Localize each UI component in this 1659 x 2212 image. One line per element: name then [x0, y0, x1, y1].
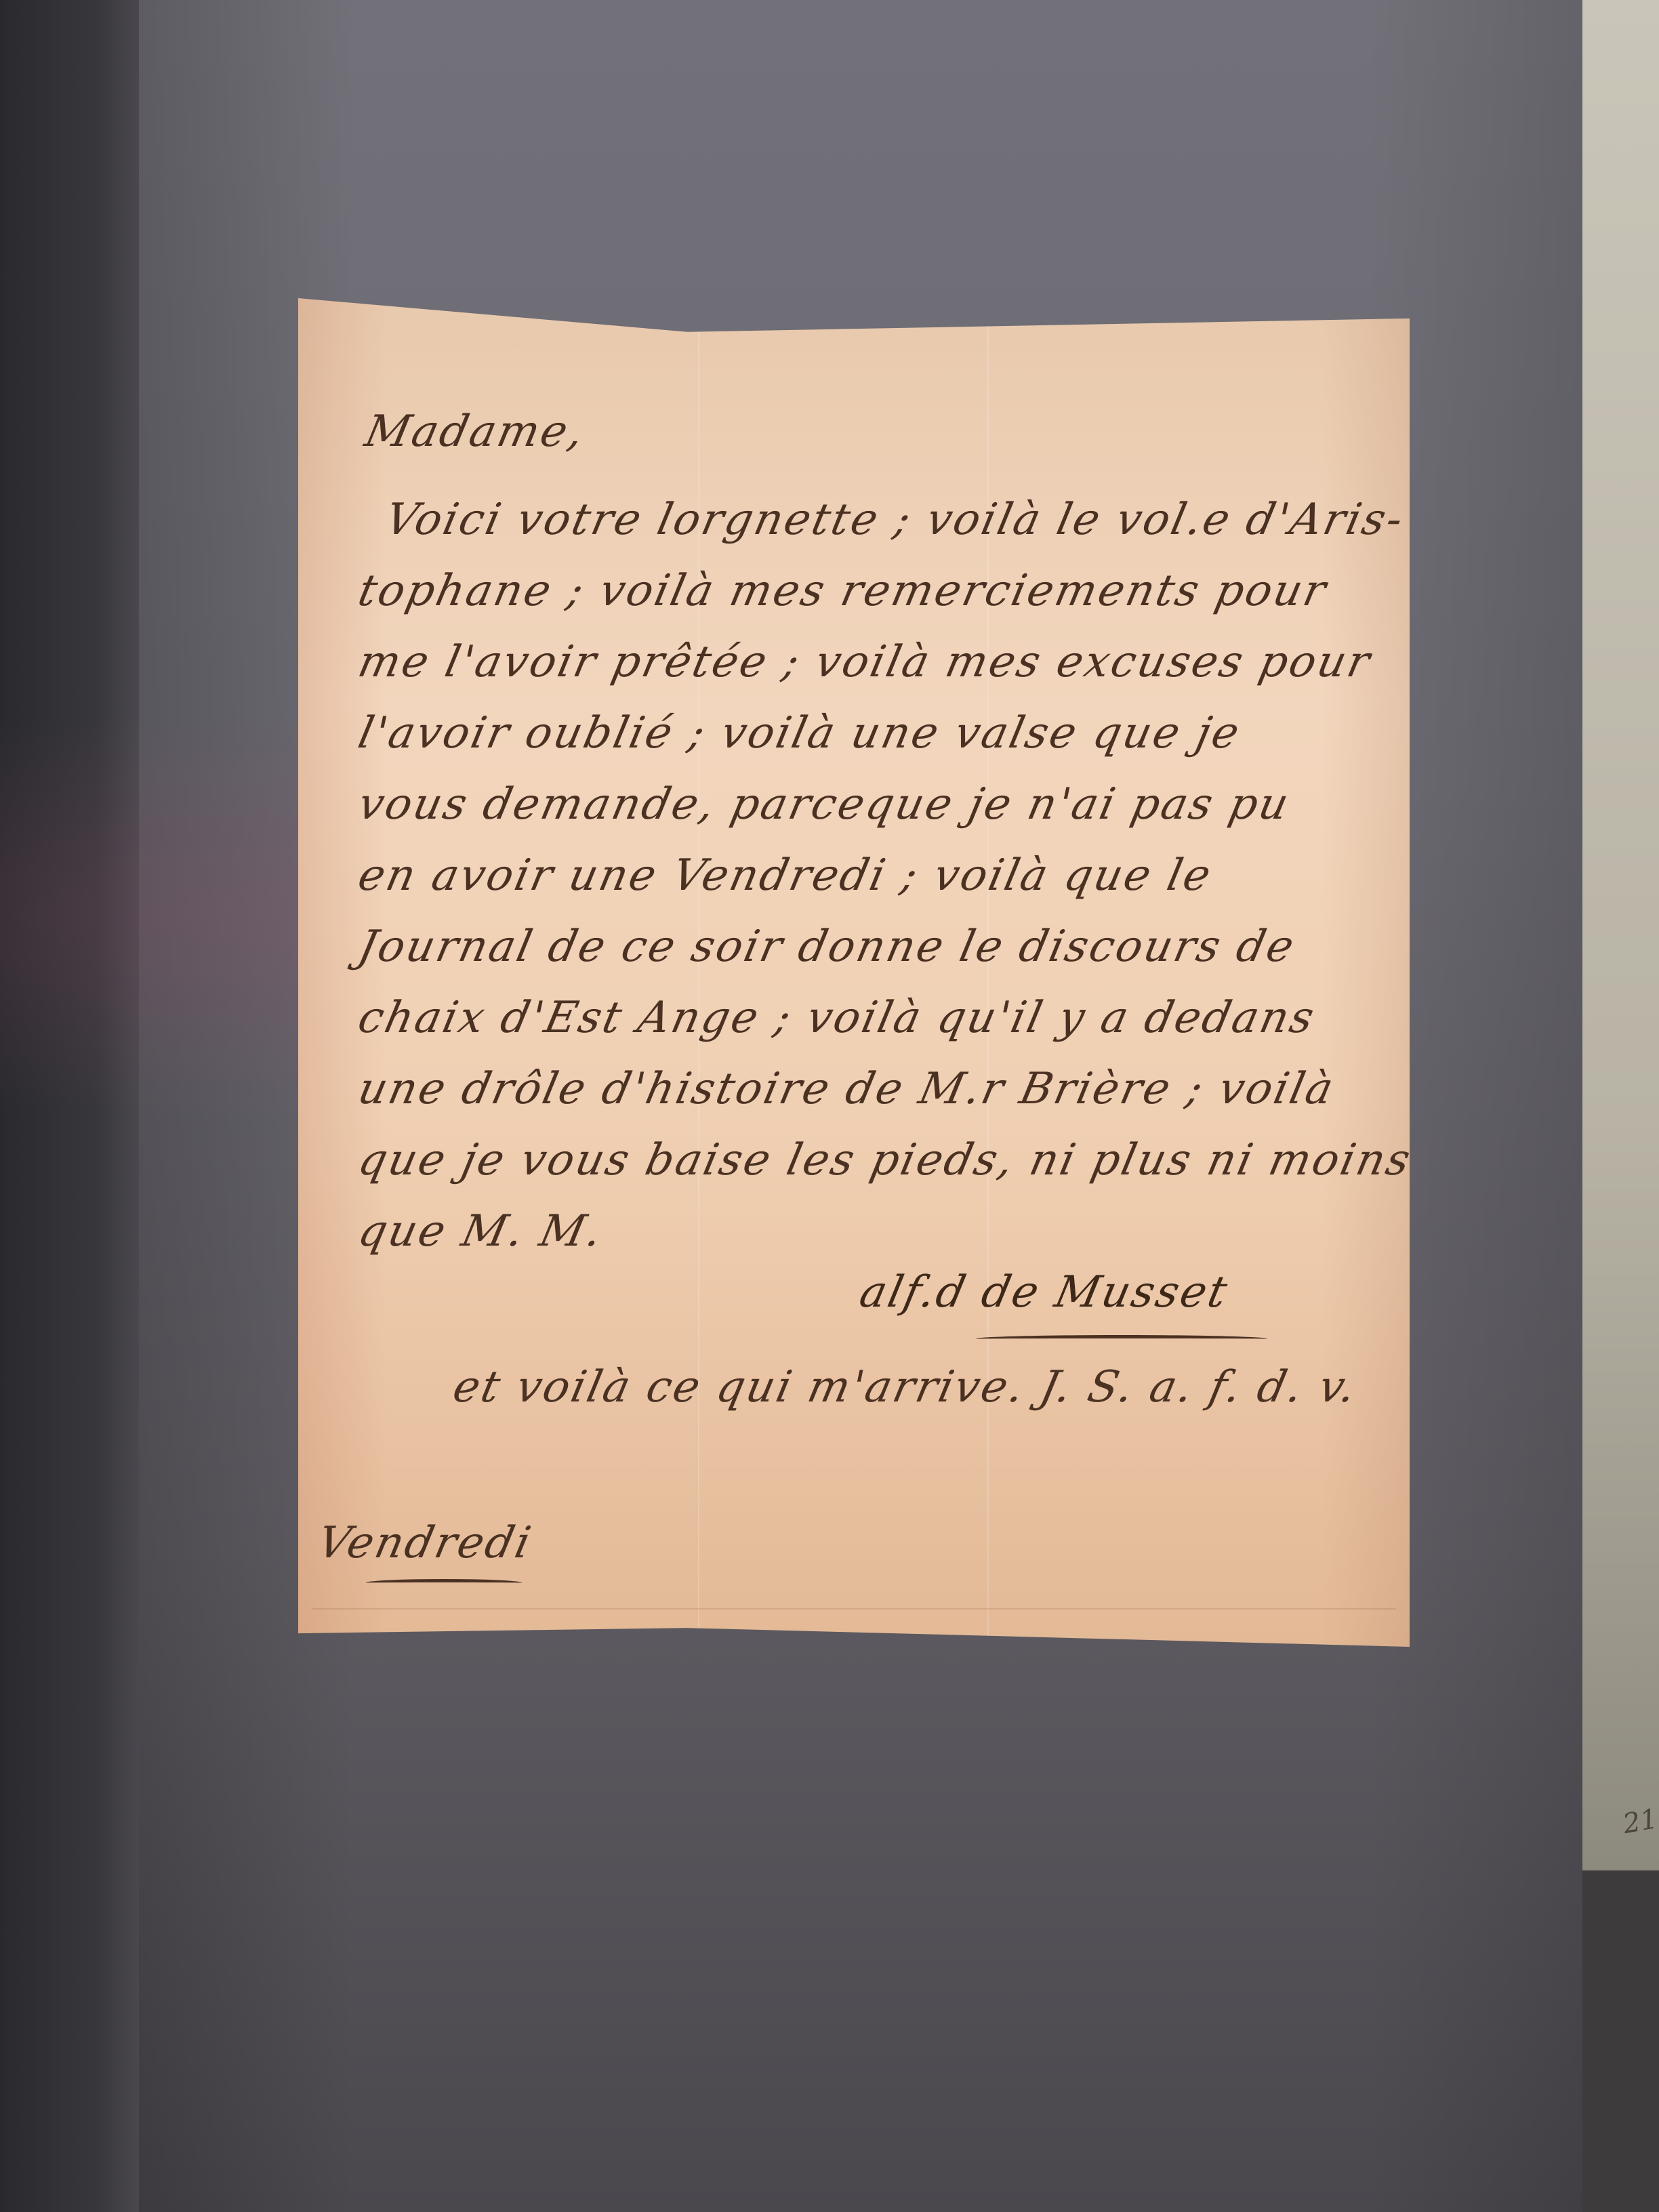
letter-salutation: Madame, [361, 407, 590, 457]
signature-flourish [976, 1335, 1267, 1343]
letter-line: que je vous baise les pieds, ni plus ni … [354, 1135, 1416, 1185]
letter-line: Journal de ce soir donne le discours de [354, 922, 1300, 972]
adjacent-sheet-number: 21 [1620, 1803, 1659, 1840]
letter-postscript: et voilà ce qui m'arrive. J. S. a. f. d.… [449, 1362, 1362, 1412]
letter-sheet: Madame, Voici votre lorgnette ; voilà le… [298, 298, 1410, 1647]
dateline-underline [366, 1579, 522, 1586]
letter-line: tophane ; voilà mes remerciements pour [354, 566, 1332, 616]
letter-line: l'avoir oublié ; voilà une valse que je [354, 708, 1246, 758]
letter-line: chaix d'Est Ange ; voilà qu'il y a dedan… [354, 993, 1320, 1043]
letter-signature: alf.d de Musset [855, 1267, 1233, 1317]
letter-dateline: Vendredi [313, 1518, 537, 1568]
display-frame-left [0, 0, 139, 2212]
paper-edge-line [312, 1608, 1396, 1610]
letter-line: vous demande, parceque je n'ai pas pu [354, 779, 1294, 829]
letter-line: me l'avoir prêtée ; voilà mes excuses po… [354, 637, 1376, 687]
letter-line: Voici votre lorgnette ; voilà le vol.e d… [381, 495, 1409, 545]
letter-line: une drôle d'histoire de M.r Brière ; voi… [354, 1064, 1339, 1114]
letter-line: que M. M. [354, 1206, 608, 1256]
letter-line: en avoir une Vendredi ; voilà que le [354, 851, 1217, 901]
display-frame-bottom-right [1582, 1870, 1659, 2212]
adjacent-sheet [1582, 0, 1659, 1870]
